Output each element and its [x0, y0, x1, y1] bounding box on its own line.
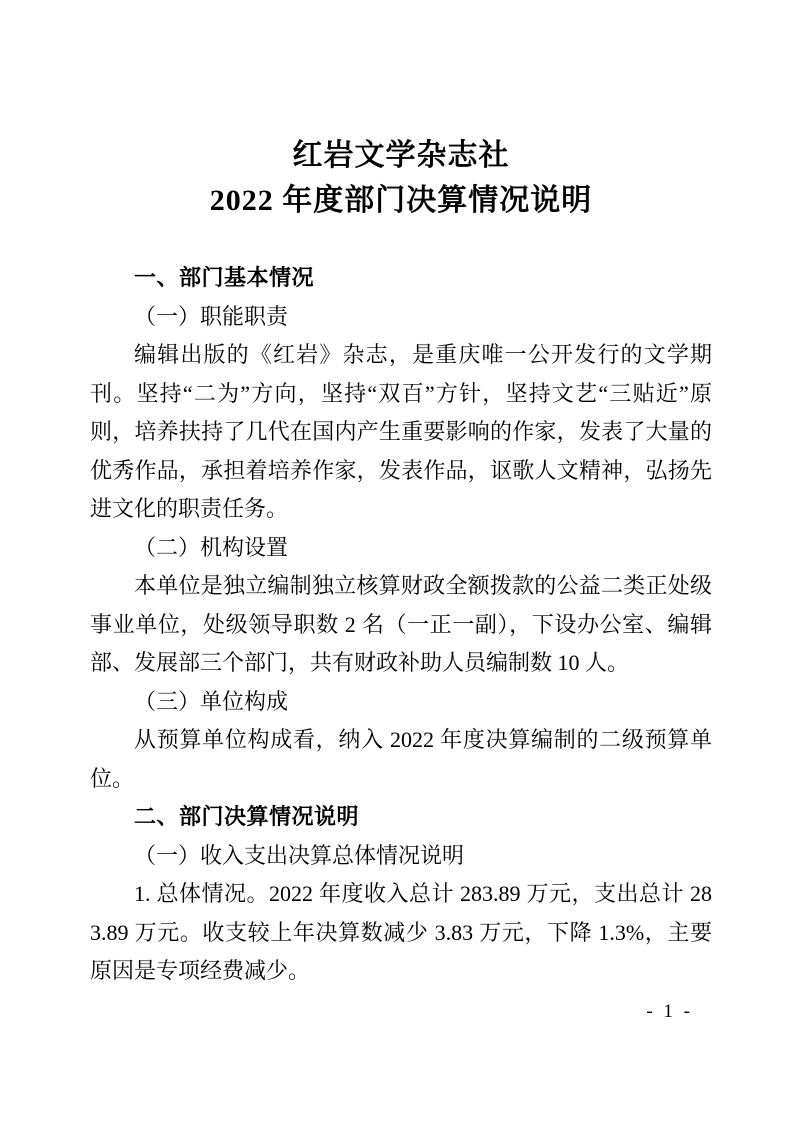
document-body: 红岩文学杂志社 2022 年度部门决算情况说明 一、部门基本情况 （一）职能职责… — [90, 133, 712, 991]
subsection-heading-1-3: （三）单位构成 — [90, 683, 712, 722]
section-heading-1: 一、部门基本情况 — [90, 259, 712, 298]
document-content: 一、部门基本情况 （一）职能职责 编辑出版的《红岩》杂志，是重庆唯一公开发行的文… — [90, 259, 712, 991]
subsection-heading-1-2: （二）机构设置 — [90, 529, 712, 568]
paragraph-organization: 本单位是独立编制独立核算财政全额拨款的公益二类正处级事业单位，处级领导职数 2 … — [90, 567, 712, 683]
paragraph-overall-situation: 1. 总体情况。2022 年度收入总计 283.89 万元，支出总计 283.8… — [90, 875, 712, 991]
document-title: 红岩文学杂志社 2022 年度部门决算情况说明 — [90, 133, 712, 223]
document-title-line-2: 2022 年度部门决算情况说明 — [90, 178, 712, 223]
section-heading-2: 二、部门决算情况说明 — [90, 798, 712, 837]
paragraph-duties: 编辑出版的《红岩》杂志，是重庆唯一公开发行的文学期刊。坚持“二为”方向，坚持“双… — [90, 336, 712, 529]
document-title-line-1: 红岩文学杂志社 — [90, 133, 712, 178]
document-page: 红岩文学杂志社 2022 年度部门决算情况说明 一、部门基本情况 （一）职能职责… — [0, 0, 793, 1122]
page-number: - 1 - — [646, 1000, 693, 1024]
subsection-heading-1-1: （一）职能职责 — [90, 298, 712, 337]
subsection-heading-2-1: （一）收入支出决算总体情况说明 — [90, 837, 712, 876]
paragraph-unit-composition: 从预算单位构成看，纳入 2022 年度决算编制的二级预算单位。 — [90, 721, 712, 798]
